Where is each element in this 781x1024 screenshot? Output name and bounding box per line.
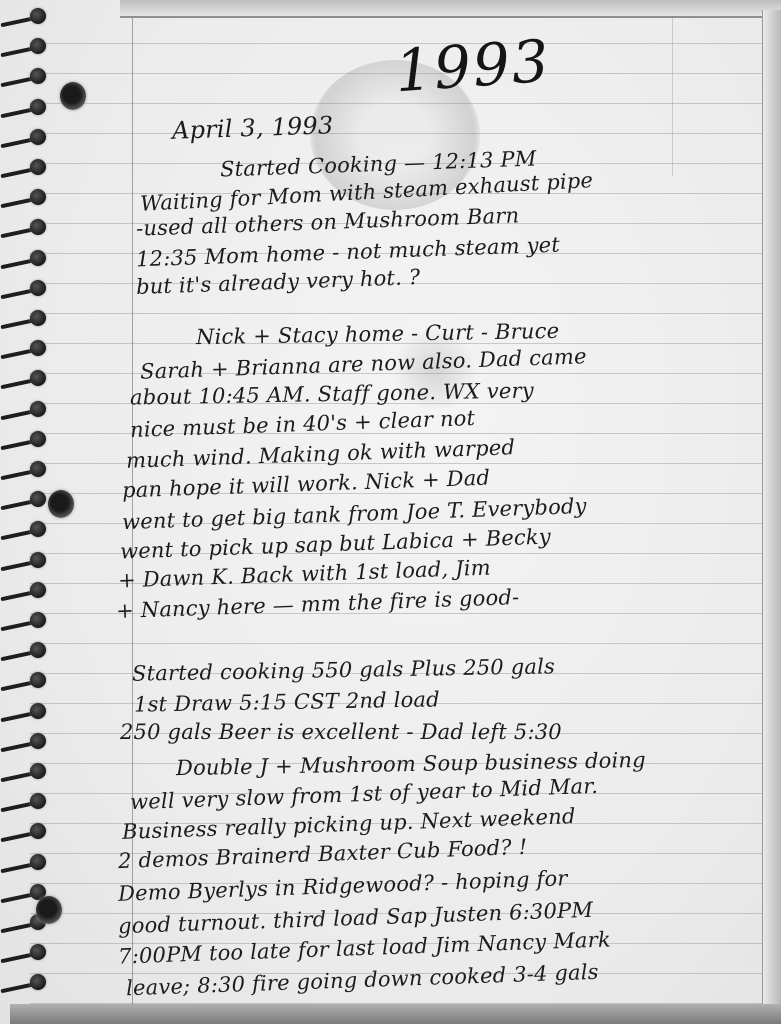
notebook-page: 1993 April 3, 1993 Started Cooking — 12:… bbox=[0, 0, 781, 1024]
spiral-coil bbox=[0, 399, 48, 419]
spiral-coil bbox=[0, 942, 48, 962]
spiral-coil bbox=[0, 217, 48, 237]
spiral-coil bbox=[0, 580, 48, 600]
spiral-coil bbox=[0, 36, 48, 56]
spiral-coil bbox=[0, 550, 48, 570]
faint-vertical-line bbox=[672, 16, 673, 176]
spiral-coil bbox=[0, 429, 48, 449]
spiral-coil bbox=[0, 731, 48, 751]
page-top-edge bbox=[120, 0, 781, 18]
spiral-coil bbox=[0, 821, 48, 841]
punch-hole bbox=[60, 82, 86, 110]
spiral-coil bbox=[0, 308, 48, 328]
page-stack-right-edge bbox=[762, 10, 781, 1010]
spiral-coil bbox=[0, 610, 48, 630]
spiral-coil bbox=[0, 278, 48, 298]
spiral-coil bbox=[0, 66, 48, 86]
page-bottom-edge bbox=[10, 1004, 781, 1024]
spiral-coil bbox=[0, 489, 48, 509]
spiral-coil bbox=[0, 640, 48, 660]
spiral-coil bbox=[0, 338, 48, 358]
spiral-coil bbox=[0, 972, 48, 992]
date-line: April 3, 1993 bbox=[172, 111, 334, 145]
spiral-coil bbox=[0, 127, 48, 147]
spiral-coil bbox=[0, 248, 48, 268]
header-year: 1993 bbox=[393, 27, 553, 106]
spiral-coil bbox=[0, 6, 48, 26]
spiral-coil bbox=[0, 852, 48, 872]
spiral-coil bbox=[0, 791, 48, 811]
spiral-coil bbox=[0, 157, 48, 177]
spiral-coil bbox=[0, 519, 48, 539]
spiral-coil bbox=[0, 187, 48, 207]
journal-line: 250 gals Beer is excellent - Dad left 5:… bbox=[120, 720, 562, 744]
spiral-coil bbox=[0, 459, 48, 479]
spiral-coil bbox=[0, 368, 48, 388]
punch-hole bbox=[36, 896, 62, 924]
spiral-coil bbox=[0, 97, 48, 117]
spiral-coil bbox=[0, 670, 48, 690]
spiral-coil bbox=[0, 701, 48, 721]
punch-hole bbox=[48, 490, 74, 518]
spiral-coil bbox=[0, 761, 48, 781]
